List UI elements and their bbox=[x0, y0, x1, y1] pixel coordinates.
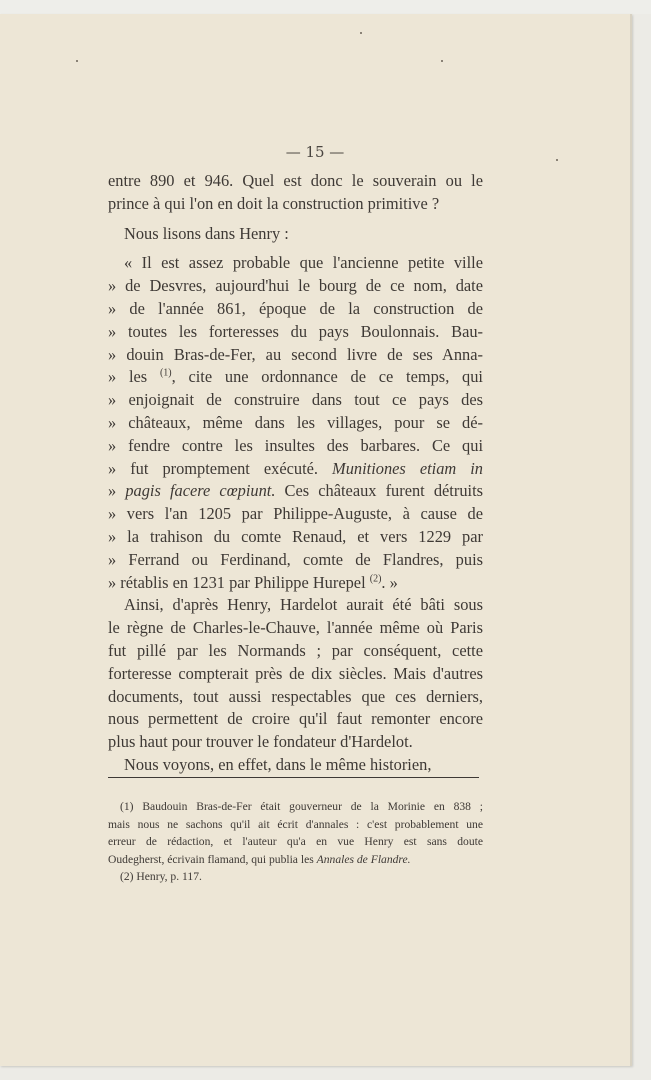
footnote-ref-2: (2) bbox=[370, 573, 382, 584]
text-line: plus haut pour trouver le fondateur d'Ha… bbox=[108, 731, 483, 754]
text-line: » pagis facere cœpiunt. Ces châteaux fur… bbox=[108, 480, 483, 503]
footnote-separator bbox=[108, 777, 479, 778]
text-line: » de Desvres, aujourd'hui le bourg de ce… bbox=[108, 275, 483, 298]
footnote-line: Oudegherst, écrivain flamand, qui publia… bbox=[108, 851, 483, 869]
text-line: » de l'année 861, époque de la construct… bbox=[108, 298, 483, 321]
text-line: » fendre contre les insultes des barbare… bbox=[108, 435, 483, 458]
text-fragment: » les bbox=[108, 367, 147, 386]
text-line: nous permettent de croire qu'il faut rem… bbox=[108, 708, 483, 731]
text-fragment: » fut promptement exécuté. bbox=[108, 459, 318, 478]
text-line: Nous lisons dans Henry : bbox=[108, 223, 483, 246]
scan-top-margin bbox=[0, 0, 651, 14]
text-line: « Il est assez probable que l'ancienne p… bbox=[108, 252, 483, 275]
latin-quote: pagis facere cœpiunt. bbox=[125, 481, 275, 500]
text-fragment: » rétablis en 1231 par Philippe Hurepel bbox=[108, 573, 366, 592]
footnote-ref-1: (1) bbox=[160, 368, 172, 379]
paper-speck bbox=[360, 32, 362, 34]
text-line: prince à qui l'on en doit la constructio… bbox=[108, 193, 483, 216]
text-line: » fut promptement exécuté. Munitiones et… bbox=[108, 458, 483, 481]
main-text: entre 890 et 946. Quel est donc le souve… bbox=[108, 170, 483, 777]
footnote-line: (2) Henry, p. 117. bbox=[108, 868, 483, 886]
text-fragment: » bbox=[108, 481, 116, 500]
paper-speck bbox=[441, 60, 443, 62]
text-line: » toutes les forteresses du pays Boulonn… bbox=[108, 321, 483, 344]
text-fragment: , cite une ordonnance de ce temps, qui bbox=[172, 367, 483, 386]
text-line: » Ferrand ou Ferdinand, comte de Flandre… bbox=[108, 549, 483, 572]
text-fragment: . » bbox=[381, 573, 397, 592]
footnote-line: mais nous ne sachons qu'il ait écrit d'a… bbox=[108, 816, 483, 834]
text-line: » douin Bras-de-Fer, au second livre de … bbox=[108, 344, 483, 367]
page-number: — 15 — bbox=[0, 143, 630, 161]
text-line: documents, tout aussi respectables que c… bbox=[108, 686, 483, 709]
footnote-line: erreur de rédaction, et l'auteur qu'a en… bbox=[108, 833, 483, 851]
paper-speck bbox=[76, 60, 78, 62]
text-line: » les (1), cite une ordonnance de ce tem… bbox=[108, 366, 483, 389]
text-line: » enjoignait de construire dans tout ce … bbox=[108, 389, 483, 412]
text-line: fut pillé par les Normands ; par conséqu… bbox=[108, 640, 483, 663]
text-line: » vers l'an 1205 par Philippe-Auguste, à… bbox=[108, 503, 483, 526]
footnote-line: (1) Baudouin Bras-de-Fer était gouverneu… bbox=[108, 798, 483, 816]
text-line: » châteaux, même dans les villages, pour… bbox=[108, 412, 483, 435]
text-line: » la trahison du comte Renaud, et vers 1… bbox=[108, 526, 483, 549]
text-fragment: Oudegherst, écrivain flamand, qui publia… bbox=[108, 853, 314, 866]
latin-quote: Munitiones etiam in bbox=[332, 459, 483, 478]
text-line: le règne de Charles-le-Chauve, l'année m… bbox=[108, 617, 483, 640]
footnotes: (1) Baudouin Bras-de-Fer était gouverneu… bbox=[108, 798, 483, 886]
text-line: forteresse compterait près de dix siècle… bbox=[108, 663, 483, 686]
text-line: » rétablis en 1231 par Philippe Hurepel … bbox=[108, 572, 483, 595]
book-title: Annales de Flandre. bbox=[317, 853, 411, 866]
text-line: Ainsi, d'après Henry, Hardelot aurait ét… bbox=[108, 594, 483, 617]
text-line: Nous voyons, en effet, dans le même hist… bbox=[108, 754, 483, 777]
text-fragment: Ces châteaux furent détruits bbox=[285, 481, 483, 500]
text-line: entre 890 et 946. Quel est donc le souve… bbox=[108, 170, 483, 193]
